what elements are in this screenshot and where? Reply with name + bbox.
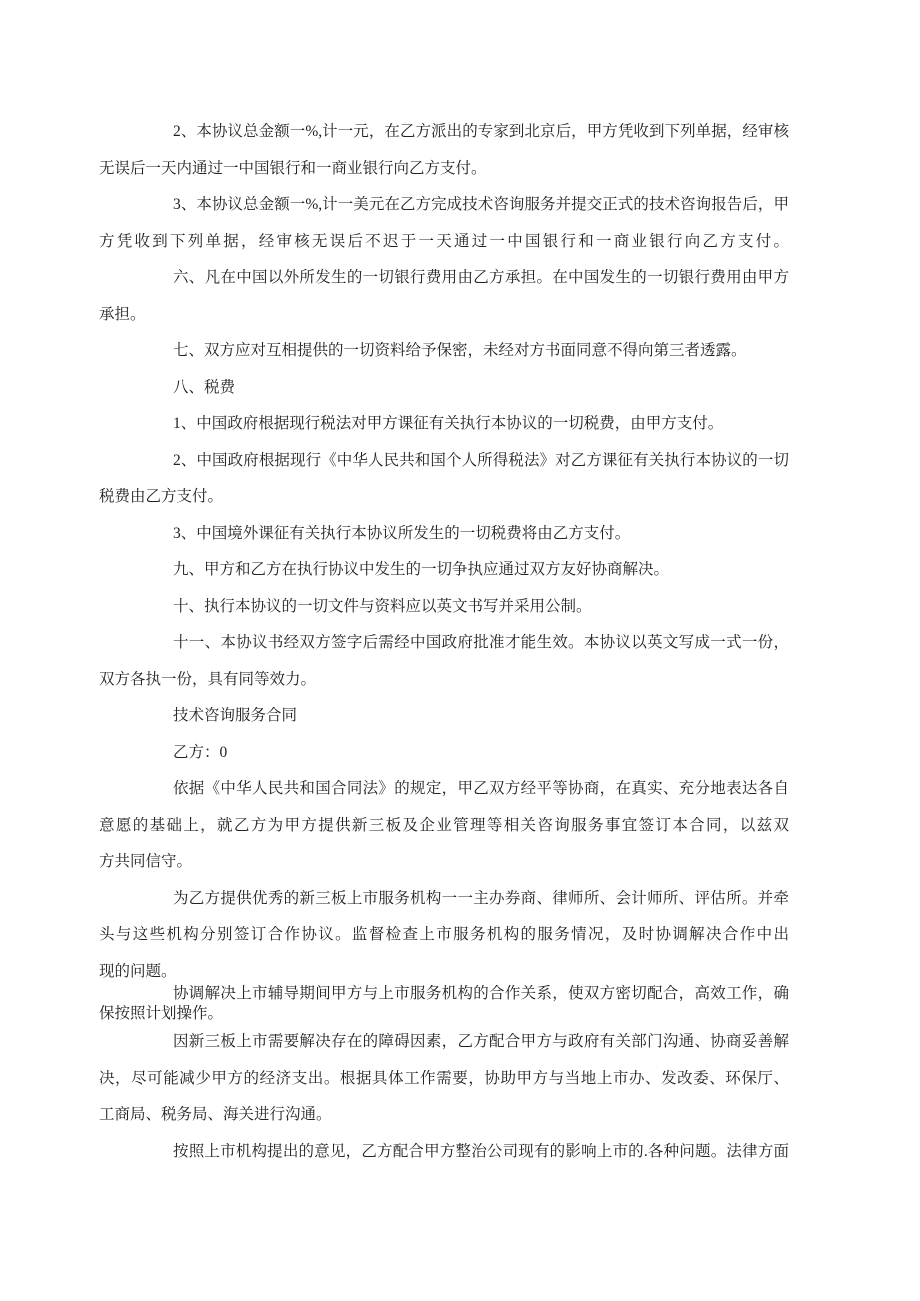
paragraph: 因新三板上市需要解决存在的障碍因素，乙方配合甲方与政府有关部门沟通、协商妥善解决… bbox=[99, 1024, 789, 1134]
text-line: 3、中国境外课征有关执行本协议所发生的一切税费将由乙方支付。 bbox=[99, 516, 789, 553]
text-line: 工商局、税务局、海关进行沟通。 bbox=[99, 1097, 789, 1134]
text-line: 协调解决上市辅导期间甲方与上市服务机构的合作关系，使双方密切配合，高效工作，确 bbox=[99, 984, 789, 1004]
paragraph: 十、执行本协议的一切文件与资料应以英文书写并采用公制。 bbox=[99, 589, 789, 626]
paragraph: 2、中国政府根据现行《中华人民共和国个人所得税法》对乙方课征有关执行本协议的一切… bbox=[99, 443, 789, 516]
paragraph: 2、本协议总金额一%,计一元，在乙方派出的专家到北京后，甲方凭收到下列单据，经审… bbox=[99, 114, 789, 187]
text-line: 保按照计划操作。 bbox=[99, 1004, 789, 1024]
document-page: 2、本协议总金额一%,计一元，在乙方派出的专家到北京后，甲方凭收到下列单据，经审… bbox=[0, 0, 920, 1301]
document-body: 2、本协议总金额一%,计一元，在乙方派出的专家到北京后，甲方凭收到下列单据，经审… bbox=[99, 114, 789, 1170]
text-line: 乙方：0 bbox=[99, 735, 789, 772]
text-line: 技术咨询服务合同 bbox=[99, 698, 789, 735]
text-line: 无误后一天内通过一中国银行和一商业银行向乙方支付。 bbox=[99, 151, 789, 188]
text-line: 头与这些机构分别签订合作协议。监督检查上市服务机构的服务情况，及时协调解决合作中… bbox=[99, 917, 789, 954]
text-line: 依据《中华人民共和国合同法》的规定，甲乙双方经平等协商，在真实、充分地表达各自 bbox=[99, 771, 789, 808]
paragraph: 七、双方应对互相提供的一切资料给予保密，未经对方书面同意不得向第三者透露。 bbox=[99, 333, 789, 370]
text-line: 3、本协议总金额一%,计一美元在乙方完成技术咨询服务并提交正式的技术咨询报告后，… bbox=[99, 187, 789, 224]
text-line: 意愿的基础上，就乙方为甲方提供新三板及企业管理等相关咨询服务事宜签订本合同，以兹… bbox=[99, 808, 789, 845]
text-line: 1、中国政府根据现行税法对甲方课征有关执行本协议的一切税费，由甲方支付。 bbox=[99, 406, 789, 443]
paragraph: 1、中国政府根据现行税法对甲方课征有关执行本协议的一切税费，由甲方支付。 bbox=[99, 406, 789, 443]
text-line: 税费由乙方支付。 bbox=[99, 479, 789, 516]
paragraph: 3、中国境外课征有关执行本协议所发生的一切税费将由乙方支付。 bbox=[99, 516, 789, 553]
paragraph: 八、税费 bbox=[99, 370, 789, 407]
text-line: 为乙方提供优秀的新三板上市服务机构一一主办券商、律师所、会计师所、评估所。并牵 bbox=[99, 881, 789, 918]
text-line: 方共同信守。 bbox=[99, 844, 789, 881]
paragraph: 技术咨询服务合同 bbox=[99, 698, 789, 735]
text-line: 方凭收到下列单据，经审核无误后不迟于一天通过一中国银行和一商业银行向乙方支付。 bbox=[99, 224, 789, 261]
text-line: 按照上市机构提出的意见，乙方配合甲方整治公司现有的影响上市的.各种问题。法律方面 bbox=[99, 1134, 789, 1171]
text-line: 2、本协议总金额一%,计一元，在乙方派出的专家到北京后，甲方凭收到下列单据，经审… bbox=[99, 114, 789, 151]
text-line: 双方各执一份，具有同等效力。 bbox=[99, 662, 789, 699]
text-line: 决，尽可能减少甲方的经济支出。根据具体工作需要，协助甲方与当地上市办、发改委、环… bbox=[99, 1061, 789, 1098]
paragraph: 3、本协议总金额一%,计一美元在乙方完成技术咨询服务并提交正式的技术咨询报告后，… bbox=[99, 187, 789, 260]
text-line: 2、中国政府根据现行《中华人民共和国个人所得税法》对乙方课征有关执行本协议的一切 bbox=[99, 443, 789, 480]
text-line: 十一、本协议书经双方签字后需经中国政府批准才能生效。本协议以英文写成一式一份， bbox=[99, 625, 789, 662]
text-line: 十、执行本协议的一切文件与资料应以英文书写并采用公制。 bbox=[99, 589, 789, 626]
text-line: 六、凡在中国以外所发生的一切银行费用由乙方承担。在中国发生的一切银行费用由甲方 bbox=[99, 260, 789, 297]
text-line: 承担。 bbox=[99, 297, 789, 334]
paragraph: 依据《中华人民共和国合同法》的规定，甲乙双方经平等协商，在真实、充分地表达各自意… bbox=[99, 771, 789, 881]
text-line: 七、双方应对互相提供的一切资料给予保密，未经对方书面同意不得向第三者透露。 bbox=[99, 333, 789, 370]
paragraph: 九、甲方和乙方在执行协议中发生的一切争执应通过双方友好协商解决。 bbox=[99, 552, 789, 589]
paragraph: 乙方：0 bbox=[99, 735, 789, 772]
text-line: 八、税费 bbox=[99, 370, 789, 407]
paragraph: 为乙方提供优秀的新三板上市服务机构一一主办券商、律师所、会计师所、评估所。并牵头… bbox=[99, 881, 789, 991]
paragraph: 六、凡在中国以外所发生的一切银行费用由乙方承担。在中国发生的一切银行费用由甲方承… bbox=[99, 260, 789, 333]
text-line: 因新三板上市需要解决存在的障碍因素，乙方配合甲方与政府有关部门沟通、协商妥善解 bbox=[99, 1024, 789, 1061]
text-line: 九、甲方和乙方在执行协议中发生的一切争执应通过双方友好协商解决。 bbox=[99, 552, 789, 589]
paragraph: 按照上市机构提出的意见，乙方配合甲方整治公司现有的影响上市的.各种问题。法律方面 bbox=[99, 1134, 789, 1171]
paragraph: 十一、本协议书经双方签字后需经中国政府批准才能生效。本协议以英文写成一式一份，双… bbox=[99, 625, 789, 698]
paragraph: 协调解决上市辅导期间甲方与上市服务机构的合作关系，使双方密切配合，高效工作，确保… bbox=[99, 984, 789, 1024]
